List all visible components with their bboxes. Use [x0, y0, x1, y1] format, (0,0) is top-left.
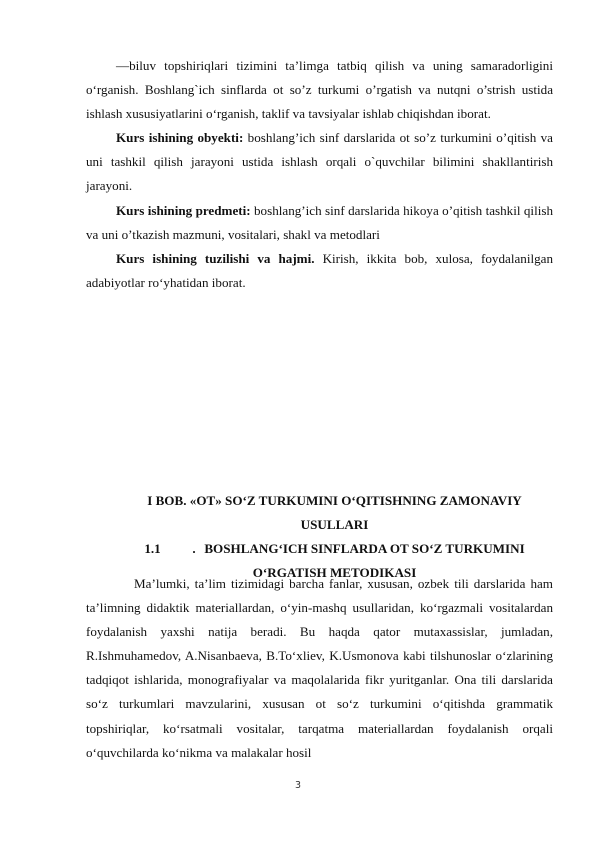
- subject-label: Kurs ishining predmeti:: [116, 203, 251, 218]
- structure-paragraph: Kurs ishining tuzilishi va hajmi. Kirish…: [86, 247, 553, 295]
- chapter-heading: I BOB. «OT» SO‘Z TURKUMINI O‘QITISHNING …: [86, 489, 553, 537]
- subject-paragraph: Kurs ishining predmeti: boshlang’ich sin…: [86, 199, 553, 247]
- chapter-heading-line2: USULLARI: [116, 513, 553, 537]
- intro-paragraph: —biluv topshiriqlari tizimini ta’limga t…: [86, 54, 553, 126]
- section-heading-line1: 1.1.BOSHLANG‘ICH SINFLARDA OT SO‘Z TURKU…: [116, 537, 553, 561]
- section-number: 1.1: [144, 537, 192, 561]
- section-title-line1: BOSHLANG‘ICH SINFLARDA OT SO‘Z TURKUMINI: [204, 541, 524, 556]
- page-number: 3: [0, 780, 596, 791]
- object-label: Kurs ishining obyekti:: [116, 130, 243, 145]
- main-section: Ma’lumki, ta’lim tizimidagi barcha fanla…: [86, 572, 553, 765]
- structure-label: Kurs ishining tuzilishi va hajmi.: [116, 251, 315, 266]
- main-paragraph: Ma’lumki, ta’lim tizimidagi barcha fanla…: [86, 572, 553, 765]
- intro-section: —biluv topshiriqlari tizimini ta’limga t…: [86, 54, 553, 295]
- chapter-heading-line1: I BOB. «OT» SO‘Z TURKUMINI O‘QITISHNING …: [116, 489, 553, 513]
- section-dot: .: [192, 537, 204, 561]
- object-paragraph: Kurs ishining obyekti: boshlang’ich sinf…: [86, 126, 553, 198]
- document-page: —biluv topshiriqlari tizimini ta’limga t…: [0, 0, 596, 842]
